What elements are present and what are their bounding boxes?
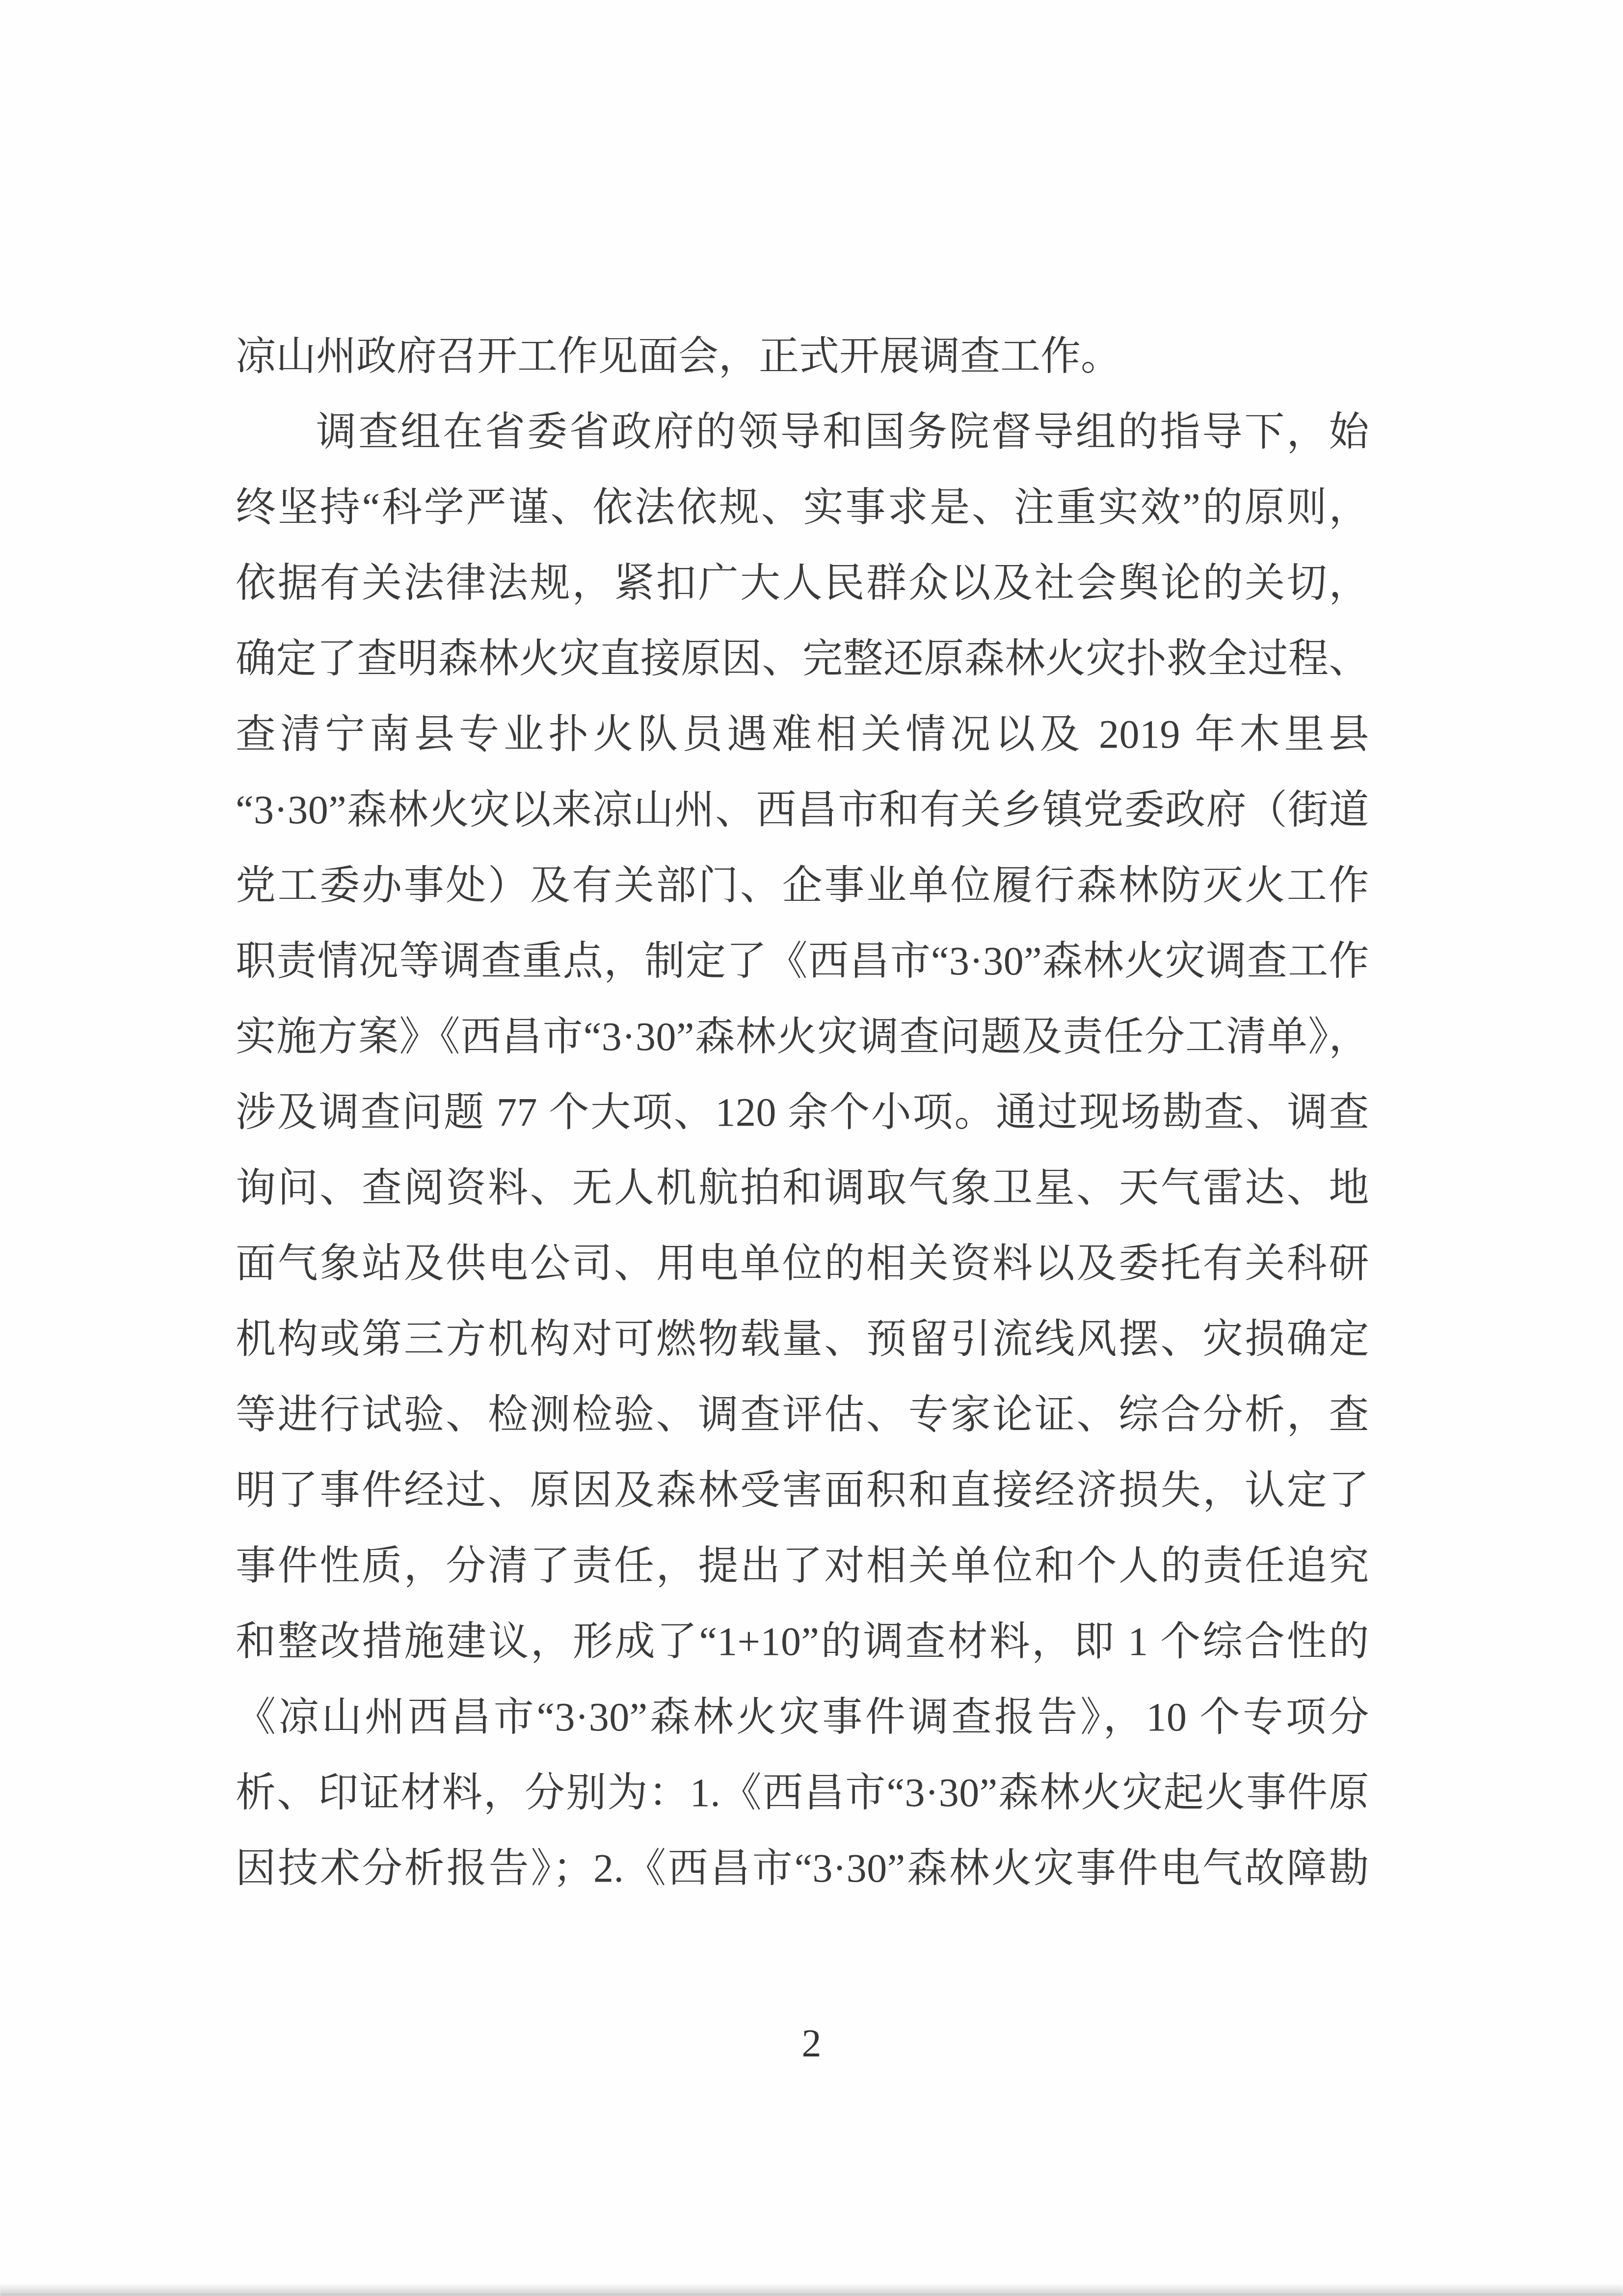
text-line: 询问、查阅资料、无人机航拍和调取气象卫星、天气雷达、地 [236,1150,1369,1226]
scan-noise-strip [0,2283,1623,2296]
body-text-block: 凉山州政府召开工作见面会，正式开展调查工作。 调查组在省委省政府的领导和国务院督… [236,319,1369,1906]
text-line: 《凉山州西昌市“3·30”森林火灾事件调查报告》，10 个专项分 [236,1679,1369,1755]
text-line: 党工委办事处）及有关部门、企事业单位履行森林防灭火工作 [236,848,1369,923]
text-line: “3·30”森林火灾以来凉山州、西昌市和有关乡镇党委政府（街道 [236,772,1369,848]
text-line: 析、印证材料，分别为：1.《西昌市“3·30”森林火灾起火事件原 [236,1755,1369,1831]
text-line: 职责情况等调查重点，制定了《西昌市“3·30”森林火灾调查工作 [236,923,1369,999]
text-line: 等进行试验、检测检验、调查评估、专家论证、综合分析，查 [236,1377,1369,1453]
text-line: 依据有关法律法规，紧扣广大人民群众以及社会舆论的关切， [236,545,1369,621]
text-line: 确定了查明森林火灾直接原因、完整还原森林火灾扑救全过程、 [236,621,1369,697]
page-number: 2 [0,2022,1623,2066]
text-line: 凉山州政府召开工作见面会，正式开展调查工作。 [236,319,1369,394]
document-page: 凉山州政府召开工作见面会，正式开展调查工作。 调查组在省委省政府的领导和国务院督… [0,0,1623,2296]
text-line: 调查组在省委省政府的领导和国务院督导组的指导下，始 [236,394,1369,470]
text-line: 因技术分析报告》；2.《西昌市“3·30”森林火灾事件电气故障勘 [236,1831,1369,1906]
text-line: 实施方案》《西昌市“3·30”森林火灾调查问题及责任分工清单》， [236,999,1369,1075]
text-line: 和整改措施建议，形成了“1+10”的调查材料，即 1 个综合性的 [236,1604,1369,1679]
text-line: 涉及调查问题 77 个大项、120 余个小项。通过现场勘查、调查 [236,1075,1369,1150]
text-line: 机构或第三方机构对可燃物载量、预留引流线风摆、灾损确定 [236,1301,1369,1377]
text-line: 查清宁南县专业扑火队员遇难相关情况以及 2019 年木里县 [236,697,1369,772]
text-line: 终坚持“科学严谨、依法依规、实事求是、注重实效”的原则， [236,470,1369,545]
text-line: 面气象站及供电公司、用电单位的相关资料以及委托有关科研 [236,1226,1369,1301]
text-line: 事件性质，分清了责任，提出了对相关单位和个人的责任追究 [236,1528,1369,1604]
text-line: 明了事件经过、原因及森林受害面积和直接经济损失，认定了 [236,1453,1369,1528]
